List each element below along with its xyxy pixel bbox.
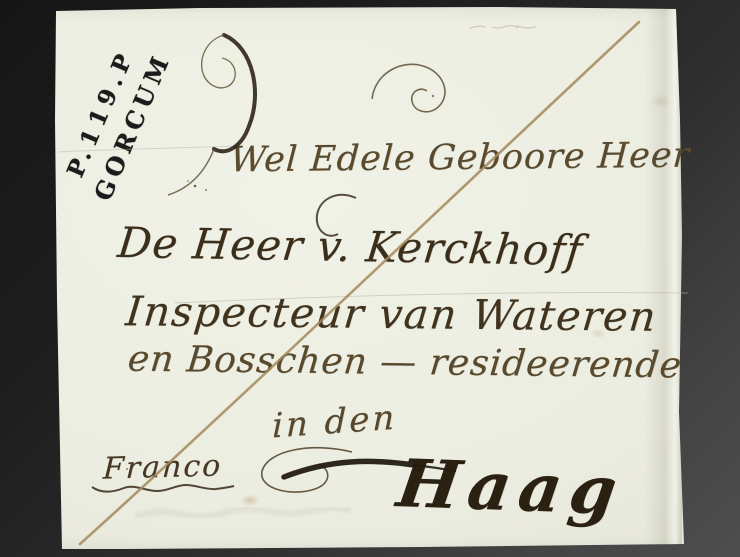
address-line-city: Haag xyxy=(393,444,630,530)
paper-fold-right xyxy=(644,0,682,557)
address-line-name: De Heer v. Kerckhoff xyxy=(115,218,585,275)
address-line-salutation: Wel Edele Geboore Heer xyxy=(229,136,692,181)
franco-notation: Franco xyxy=(102,448,223,486)
address-line-title-1: Inspecteur van Wateren xyxy=(124,287,660,341)
photo-background: P.119.P GORCUM Wel Edele Geboore Heer De… xyxy=(0,0,740,557)
address-line-title-2: en Bosschen — resideerende xyxy=(126,339,684,387)
paper-stain xyxy=(650,94,672,109)
paper-stain xyxy=(240,494,260,507)
